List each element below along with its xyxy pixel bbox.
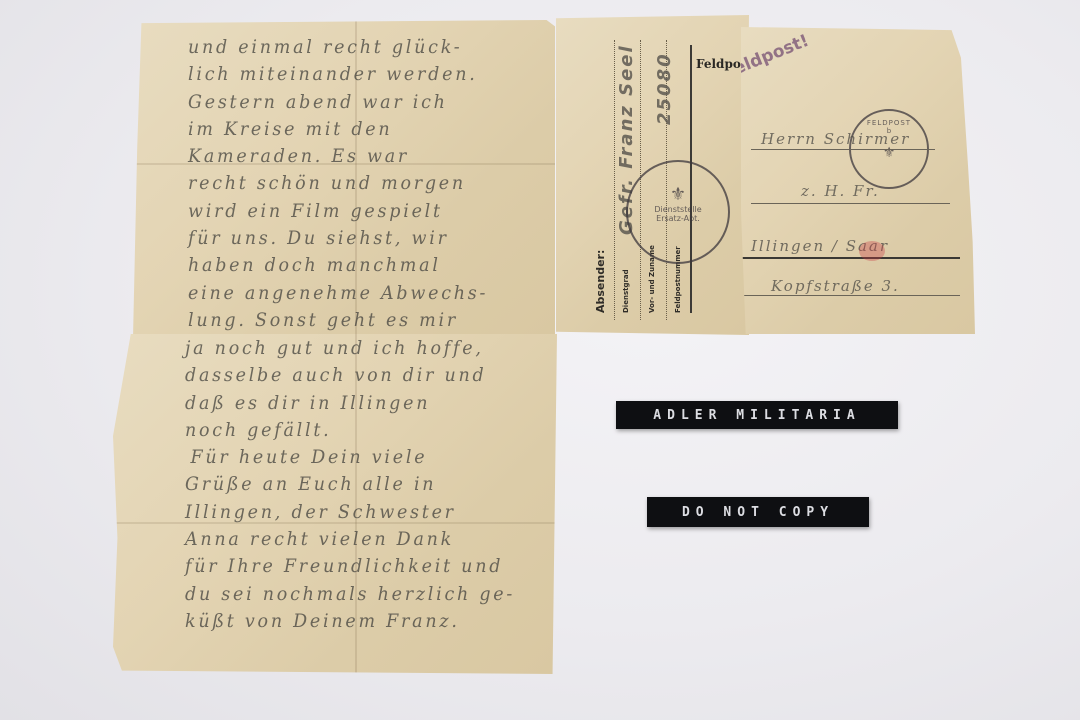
handwriting-line: im Kreise mit den (188, 116, 507, 143)
handwriting-line: Kameraden. Es war (188, 143, 507, 170)
stamp-text: Ersatz-Abt. (628, 214, 728, 223)
handwriting-line: Illingen, der Schwester (185, 499, 509, 526)
letter-page-bottom-half: ja noch gut und ich hoffe, dasselbe auch… (113, 334, 557, 674)
handwriting-line: für Ihre Freundlichkeit und (185, 553, 509, 580)
address-line (716, 295, 960, 296)
handwriting-line: haben doch manchmal (188, 252, 507, 279)
handwriting-line: du sei nochmals herzlich ge- (185, 581, 509, 608)
watermark-label-adler-militaria: ADLER MILITARIA (616, 401, 898, 429)
letter-page-top-half: und einmal recht glück- lich miteinander… (133, 20, 555, 338)
envelope-sender-panel: Absender: Dienstgrad Vor- und Zuname Fel… (556, 15, 749, 335)
address-line (751, 149, 935, 150)
handwriting-line: Grüße an Euch alle in (185, 471, 509, 498)
address-line (751, 203, 950, 204)
handwriting-line: Anna recht vielen Dank (185, 526, 509, 553)
handwriting-line: Für heute Dein viele (185, 444, 509, 471)
handwriting-line: wird ein Film gespielt (188, 198, 507, 225)
handwriting-line: für uns. Du siehst, wir (188, 225, 507, 252)
handwriting-line: daß es dir in Illingen (185, 390, 509, 417)
fieldpost-number-handwritten: 25080 (654, 52, 675, 125)
recipient-street: Kopfstraße 3. (771, 277, 900, 295)
handwritten-text-top: und einmal recht glück- lich miteinander… (188, 34, 507, 334)
recipient-name: Herrn Schirmer (761, 130, 910, 148)
handwriting-line: recht schön und morgen (188, 170, 507, 197)
handwriting-line: küßt von Deinem Franz. (185, 608, 509, 635)
unit-eagle-stamp: ⚜ Dienststelle Ersatz-Abt. (626, 160, 730, 264)
handwriting-line: ja noch gut und ich hoffe, (185, 335, 509, 362)
handwriting-line: eine angenehme Abwechs- (188, 280, 507, 307)
handwriting-line: lich miteinander werden. (188, 61, 507, 88)
postmark-text: FELDPOST (851, 119, 927, 127)
handwriting-line: Gestern abend war ich (188, 89, 507, 116)
eagle-icon: ⚜ (628, 184, 728, 205)
handwriting-line: und einmal recht glück- (188, 34, 507, 61)
envelope-recipient-panel: Feldpost! FELDPOST b ⚜ Herrn Schirmer z.… (741, 27, 975, 334)
handwriting-line: dasselbe auch von dir und (185, 362, 509, 389)
label-text: ADLER MILITARIA (653, 408, 860, 423)
handwriting-line: noch gefällt. (185, 417, 509, 444)
red-ink-mark (859, 241, 885, 261)
sender-label: Absender: (594, 250, 607, 313)
rank-label: Dienstgrad (622, 269, 630, 313)
watermark-label-do-not-copy: DO NOT COPY (647, 497, 869, 527)
handwriting-line: lung. Sonst geht es mir (188, 307, 507, 334)
address-line-bold (716, 257, 960, 259)
label-text: DO NOT COPY (682, 505, 834, 520)
stamp-text: Dienststelle (628, 205, 728, 214)
recipient-line: z. H. Fr. (801, 182, 880, 200)
handwritten-text-bottom: ja noch gut und ich hoffe, dasselbe auch… (185, 335, 509, 635)
